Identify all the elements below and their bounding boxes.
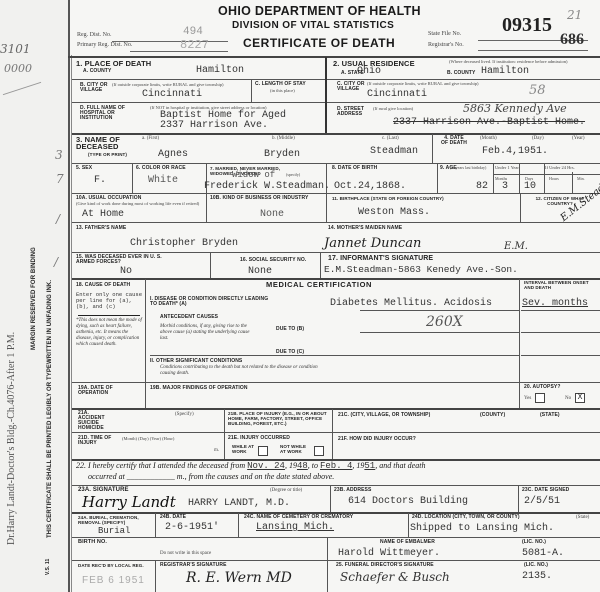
primary-reg-value: 8227 [180, 38, 209, 52]
rule-cause-c [150, 355, 519, 356]
embalmer-label: NAME OF EMBALMER [380, 540, 435, 545]
attended-to-date: Feb. 4 [320, 461, 352, 471]
marital-value: Widow of [232, 170, 275, 180]
date-received-stamp: FEB 6 1951 [82, 575, 145, 586]
do-not-write-note: Do not write in this space [160, 551, 211, 556]
cemetery-label: 24c. NAME OF CEMETERY OR CREMATORY [244, 515, 353, 520]
ssn-label: 16. SOCIAL SECURITY NO. [240, 258, 306, 263]
forces-section: 15. WAS DECEASED EVER IN U. S. ARMED FOR… [72, 253, 600, 278]
burial-type-value: Burial [98, 526, 130, 536]
state-file-annotation: 21 [567, 8, 582, 22]
registrar-signature-label: REGISTRAR'S SIGNATURE [160, 563, 227, 568]
rule-burial-divider [155, 513, 156, 537]
primary-reg-label: Primary Reg. Dist. No. [77, 43, 132, 48]
marital-specify: (specify) [286, 172, 300, 177]
place-of-injury-label: 21b. PLACE OF INJURY (e.g., in or about … [228, 411, 332, 426]
birthplace-label: 11. BIRTHPLACE (State or foreign country… [332, 196, 444, 201]
accident-specify: (Specify) [175, 412, 194, 417]
birthplace-value: Weston Mass. [358, 208, 430, 218]
burial-date-value: 2-6-1951' [165, 523, 219, 533]
certify-text: 22. I hereby certify that I attended the… [76, 461, 245, 470]
disease-label: I. DISEASE OR CONDITION DIRECTLY LEADING… [150, 297, 270, 307]
time-m-label: m. [214, 448, 219, 453]
hours-label: Hours [549, 176, 559, 181]
registrar-underline [478, 50, 588, 51]
injury-occurred-label: 21e. INJURY OCCURRED [228, 436, 290, 441]
res-street-typed: 2337 Harrison Ave.-Baptist Home. [393, 118, 585, 128]
birth-no-label: BIRTH NO. [78, 540, 107, 545]
rule-operation-bottom [72, 408, 600, 410]
informant-label: 17. INFORMANT'S SIGNATURE [328, 255, 433, 262]
spouse-value: Frederick W.Steadman. [204, 182, 330, 192]
county-label: a. COUNTY [83, 69, 111, 74]
margin-handwritten-number: 3101 [0, 42, 31, 56]
address-label: 23b. ADDRESS [334, 488, 371, 493]
rule-interval-b [521, 332, 600, 333]
length-of-stay-note: (in this place) [270, 88, 295, 93]
certification-statement: 22. I hereby certify that I attended the… [76, 461, 596, 485]
margin-typed-return-address: Dr.Harry Landt-Doctor's Bldg.-Ch.4076-Af… [6, 332, 17, 545]
rule-op-divider [145, 383, 146, 409]
mother-label: 14. MOTHER'S MAIDEN NAME [328, 226, 402, 231]
rule-interval-divider [519, 279, 520, 409]
other-conditions-note: Conditions contributing to the death but… [160, 365, 320, 377]
last-name-label: c. (Last) [382, 136, 399, 141]
informant-initials: E.M. [504, 241, 528, 252]
while-at-work-label: While at Work [232, 444, 258, 454]
rule-injury-divider-2 [332, 409, 333, 459]
rule-other-bottom [72, 382, 600, 383]
autopsy-no-label: No [565, 396, 571, 401]
cause-footnote: *This does not mean the mode of dying, s… [76, 318, 142, 348]
rule-injury-divider [224, 409, 225, 459]
res-street-handwritten: 5863 Kennedy Ave [463, 102, 567, 115]
death-county-value: Hamilton [196, 66, 244, 76]
last-name-value: Steadman [370, 147, 418, 157]
location-value: Shipped to Lansing Mich. [410, 524, 554, 534]
autopsy-label: 20. AUTOPSY? [524, 385, 561, 390]
reg-dist-value: 494 [183, 26, 203, 38]
personal-section: 5. SEX F. 6. COLOR OR RACE White 7. MARR… [72, 164, 600, 193]
occupation-note: (Give kind of work done during most of w… [76, 201, 204, 206]
autopsy-yes-checkbox[interactable] [535, 393, 545, 403]
race-label: 6. COLOR OR RACE [136, 166, 186, 171]
rule-footer-divider [327, 538, 328, 592]
physician-typed-name: HARRY LANDT, M.D. [188, 499, 290, 509]
location-state-label: (State) [576, 515, 589, 520]
rule-cause-a [360, 310, 519, 311]
death-city-value: Cincinnati [142, 90, 202, 100]
business-value: None [260, 210, 284, 220]
from-year-prefix: , 19 [285, 461, 297, 470]
mother-value: Jannet Duncan [324, 236, 421, 251]
rule-datesigned-divider [518, 486, 519, 512]
date-signed-label: 23c. DATE SIGNED [522, 488, 569, 493]
place-of-death-label: 1. PLACE OF DEATH [76, 60, 151, 68]
margin-mark-slash-2: / [54, 255, 58, 269]
due-to-c-label: DUE TO (c) [276, 350, 304, 355]
age-months-value: 3 [502, 182, 508, 192]
operation-findings-label: 19b. MAJOR FINDINGS OF OPERATION [150, 386, 248, 391]
under-24-label: If Under 24 Hrs. [545, 165, 575, 170]
race-value: White [148, 176, 178, 186]
rule-interval-c [521, 355, 600, 356]
antecedent-note: Morbid conditions, if any, giving rise t… [160, 324, 250, 342]
margin-mark-7: 7 [56, 172, 64, 186]
margin-ink-instruction: THIS CERTIFICATE SHALL BE PRINTED LEGIBL… [48, 280, 53, 538]
not-while-at-work-checkbox[interactable] [314, 446, 324, 456]
res-state-value: Ohio [357, 67, 381, 77]
embalmer-name: Harold Wittmeyer. [338, 549, 440, 559]
degree-label: (Degree or title) [270, 488, 302, 493]
length-of-stay-label: c. LENGTH OF STAY [255, 82, 306, 87]
time-of-injury-label: 21d. TIME OF INJURY [78, 436, 114, 446]
certify-end-text: , and that death [375, 461, 425, 470]
disease-value: Diabetes Mellitus. Acidosis [330, 299, 492, 309]
header-title-2: DIVISION OF VITAL STATISTICS [232, 20, 394, 31]
margin-mark-3: 3 [55, 148, 63, 162]
while-at-work-checkbox[interactable] [258, 446, 268, 456]
injury-state-label: (STATE) [540, 413, 560, 418]
injury-county-label: (COUNTY) [480, 413, 505, 418]
to-word: , to [308, 461, 318, 470]
burial-date-label: 24b. DATE [160, 515, 186, 520]
age-note: (In years last birthday) [450, 166, 496, 170]
margin-handwritten-number-2: 0000 [4, 62, 32, 75]
parents-section: 13. FATHER'S NAME Christopher Bryden 14.… [72, 223, 600, 252]
date-received-label: DATE REC'D BY LOCAL REG. [78, 563, 154, 568]
funeral-lic-number: 2135. [522, 572, 552, 582]
registrar-number: 686 [560, 31, 584, 49]
embalmer-lic-number: 5081-A. [522, 549, 564, 559]
form-code: V.S. 11 [46, 559, 51, 575]
occupation-value: At Home [82, 210, 124, 220]
margin-mark-slash: / [56, 212, 60, 226]
city-note: (If outside corporate limits, write RURA… [112, 82, 252, 87]
cause-instructions: Enter only one cause per line for (a), (… [76, 292, 142, 310]
time-columns-label: (Month) (Day) (Year) (Hour) [122, 436, 174, 441]
autopsy-no-checkbox[interactable]: X [575, 393, 585, 403]
ssn-value: None [248, 267, 272, 277]
occurred-line: occurred at ____________ m., from the ca… [76, 472, 596, 481]
father-label: 13. FATHER'S NAME [76, 226, 126, 231]
cemetery-value: Lansing Mich. [256, 523, 334, 533]
rule-daterecd-divider [155, 561, 156, 592]
age-years-value: 82 [476, 182, 488, 192]
burial-type-label: 24a. BURIAL, CREMATION, REMOVAL (Specify… [78, 515, 154, 525]
res-city-value: Cincinnati [367, 90, 427, 100]
how-injury-label: 21f. HOW DID INJURY OCCUR? [338, 437, 416, 442]
hospital-label: d. FULL NAME OF HOSPITAL OR INSTITUTION [80, 106, 148, 121]
month-label: (Month) [480, 136, 497, 141]
registrar-signature: R. E. Wern MD [186, 570, 292, 586]
rule-burialdate-divider [238, 513, 239, 537]
due-to-b-label: DUE TO (b) [276, 327, 304, 332]
antecedent-label: ANTECEDENT CAUSES [160, 315, 218, 320]
autopsy-yes-label: Yes [524, 396, 531, 401]
date-of-death-label: 4. DATE OF DEATH [440, 136, 468, 146]
margin-reserved-note: MARGIN RESERVED FOR BINDING [32, 247, 37, 350]
age-days-value: 10 [524, 182, 536, 192]
header-title-1: OHIO DEPARTMENT OF HEALTH [218, 4, 421, 18]
funeral-director-signature: Schaefer & Busch [340, 570, 450, 584]
header-title-3: CERTIFICATE OF DEATH [243, 36, 395, 50]
rule-cemetery-divider [408, 513, 409, 537]
interval-value: Sev. months [522, 299, 588, 309]
cause-code-handwritten: 260X [426, 314, 463, 330]
usual-residence-note: (Where deceased lived. If institution: r… [449, 59, 599, 64]
birth-date-value: Oct.24,1868. [334, 182, 406, 192]
medical-certification-title: MEDICAL CERTIFICATION [266, 281, 372, 289]
deceased-name-section: 3. NAME OF DECEASED (TYPE OR PRINT) a. (… [72, 134, 600, 163]
sex-value: F. [94, 176, 106, 186]
rule-cert-bottom [72, 485, 600, 486]
interval-label: INTERVAL BETWEEN ONSET AND DEATH [524, 281, 596, 290]
rule-burial-bottom [72, 537, 600, 538]
res-county-value: Hamilton [481, 67, 529, 77]
middle-name-value: Bryden [264, 150, 300, 160]
rule-address-divider [330, 486, 331, 512]
attended-from-date: Nov. 24 [247, 461, 285, 471]
funeral-director-label: 25. FUNERAL DIRECTOR'S SIGNATURE [336, 563, 434, 568]
father-value: Christopher Bryden [130, 239, 238, 249]
year-label: (Year) [572, 136, 585, 141]
primary-reg-underline [130, 51, 228, 52]
rule-embalmer-bottom [327, 560, 600, 561]
rule-birthno-bottom [72, 560, 327, 561]
res-city-label: c. CITY OR VILLAGE [337, 82, 365, 92]
deceased-type-note: (TYPE OR PRINT) [88, 152, 127, 157]
res-county-label: b. COUNTY [447, 71, 475, 76]
hospital-address-value: 2337 Harrison Ave. [160, 121, 268, 131]
deceased-name-label: 3. NAME OF DECEASED [76, 136, 136, 150]
registrar-label: Registrar's No. [428, 43, 464, 48]
reg-dist-label: Reg. Dist. No. [77, 33, 112, 38]
rule-cause-divider [145, 279, 146, 382]
state-file-label: State File No. [428, 32, 461, 37]
res-city-handwritten: 58 [529, 83, 546, 98]
under-1-year-label: Under 1 Year [495, 165, 519, 170]
physician-signature: Harry Landt [82, 493, 176, 511]
min-label: Min. [577, 176, 585, 181]
not-while-at-work-label: Not While at Work [280, 444, 310, 454]
usual-residence-section: 2. USUAL RESIDENCE (Where deceased lived… [327, 57, 600, 133]
birth-date-label: 8. DATE OF BIRTH [332, 166, 377, 171]
other-conditions-label: II. OTHER SIGNIFICANT CONDITIONS [150, 359, 242, 364]
place-of-death-section: 1. PLACE OF DEATH a. COUNTY Hamilton b. … [72, 57, 325, 133]
informant-value: E.M.Steadman-5863 Kenedy Ave.-Son. [324, 265, 518, 275]
operation-date-label: 19a. DATE OF OPERATION [78, 386, 144, 396]
first-name-value: Agnes [158, 150, 188, 160]
sex-label: 5. SEX [76, 166, 92, 171]
funeral-lic-label: (LIC. NO.) [524, 563, 548, 568]
accident-label: 21a. ACCIDENT SUICIDE HOMICIDE [78, 411, 114, 431]
first-name-label: a. (First) [142, 136, 159, 141]
injury-city-label: 21c. (CITY, VILLAGE, OR TOWNSHIP) [338, 413, 430, 418]
location-label: 24d. LOCATION (City, town, or county) [412, 515, 520, 520]
state-file-number: 09315 [502, 14, 552, 37]
res-street-label: d. STREET ADDRESS [337, 107, 371, 117]
forces-label: 15. WAS DECEASED EVER IN U. S. ARMED FOR… [76, 255, 176, 265]
physician-address: 614 Doctors Building [348, 497, 468, 507]
res-street-note: (If rural give location) [373, 106, 413, 111]
attended-from-year: 48 [297, 461, 308, 471]
to-year-prefix: , 19 [352, 461, 364, 470]
rule-injury-mid [72, 432, 600, 433]
rule-cause-b [360, 332, 519, 333]
embalmer-lic-label: (LIC. NO.) [522, 540, 546, 545]
city-label: b. CITY OR VILLAGE [80, 83, 108, 93]
occupation-section: 10a. USUAL OCCUPATION (Give kind of work… [72, 194, 600, 222]
rule-interval-a [521, 310, 600, 311]
cause-of-death-label: 18. CAUSE OF DEATH [76, 283, 130, 288]
middle-name-label: b. (Middle) [272, 136, 295, 141]
cause-instructions-rule [78, 315, 140, 316]
attended-to-year: 51 [364, 461, 375, 471]
business-label: 10b. KIND OF BUSINESS OR INDUSTRY [210, 196, 320, 201]
date-of-death-value: Feb.4,1951. [482, 147, 548, 157]
date-signed-value: 2/5/51 [524, 497, 560, 507]
form-left-border [68, 0, 70, 592]
forces-value: No [120, 267, 132, 277]
day-label: (Day) [532, 136, 544, 141]
